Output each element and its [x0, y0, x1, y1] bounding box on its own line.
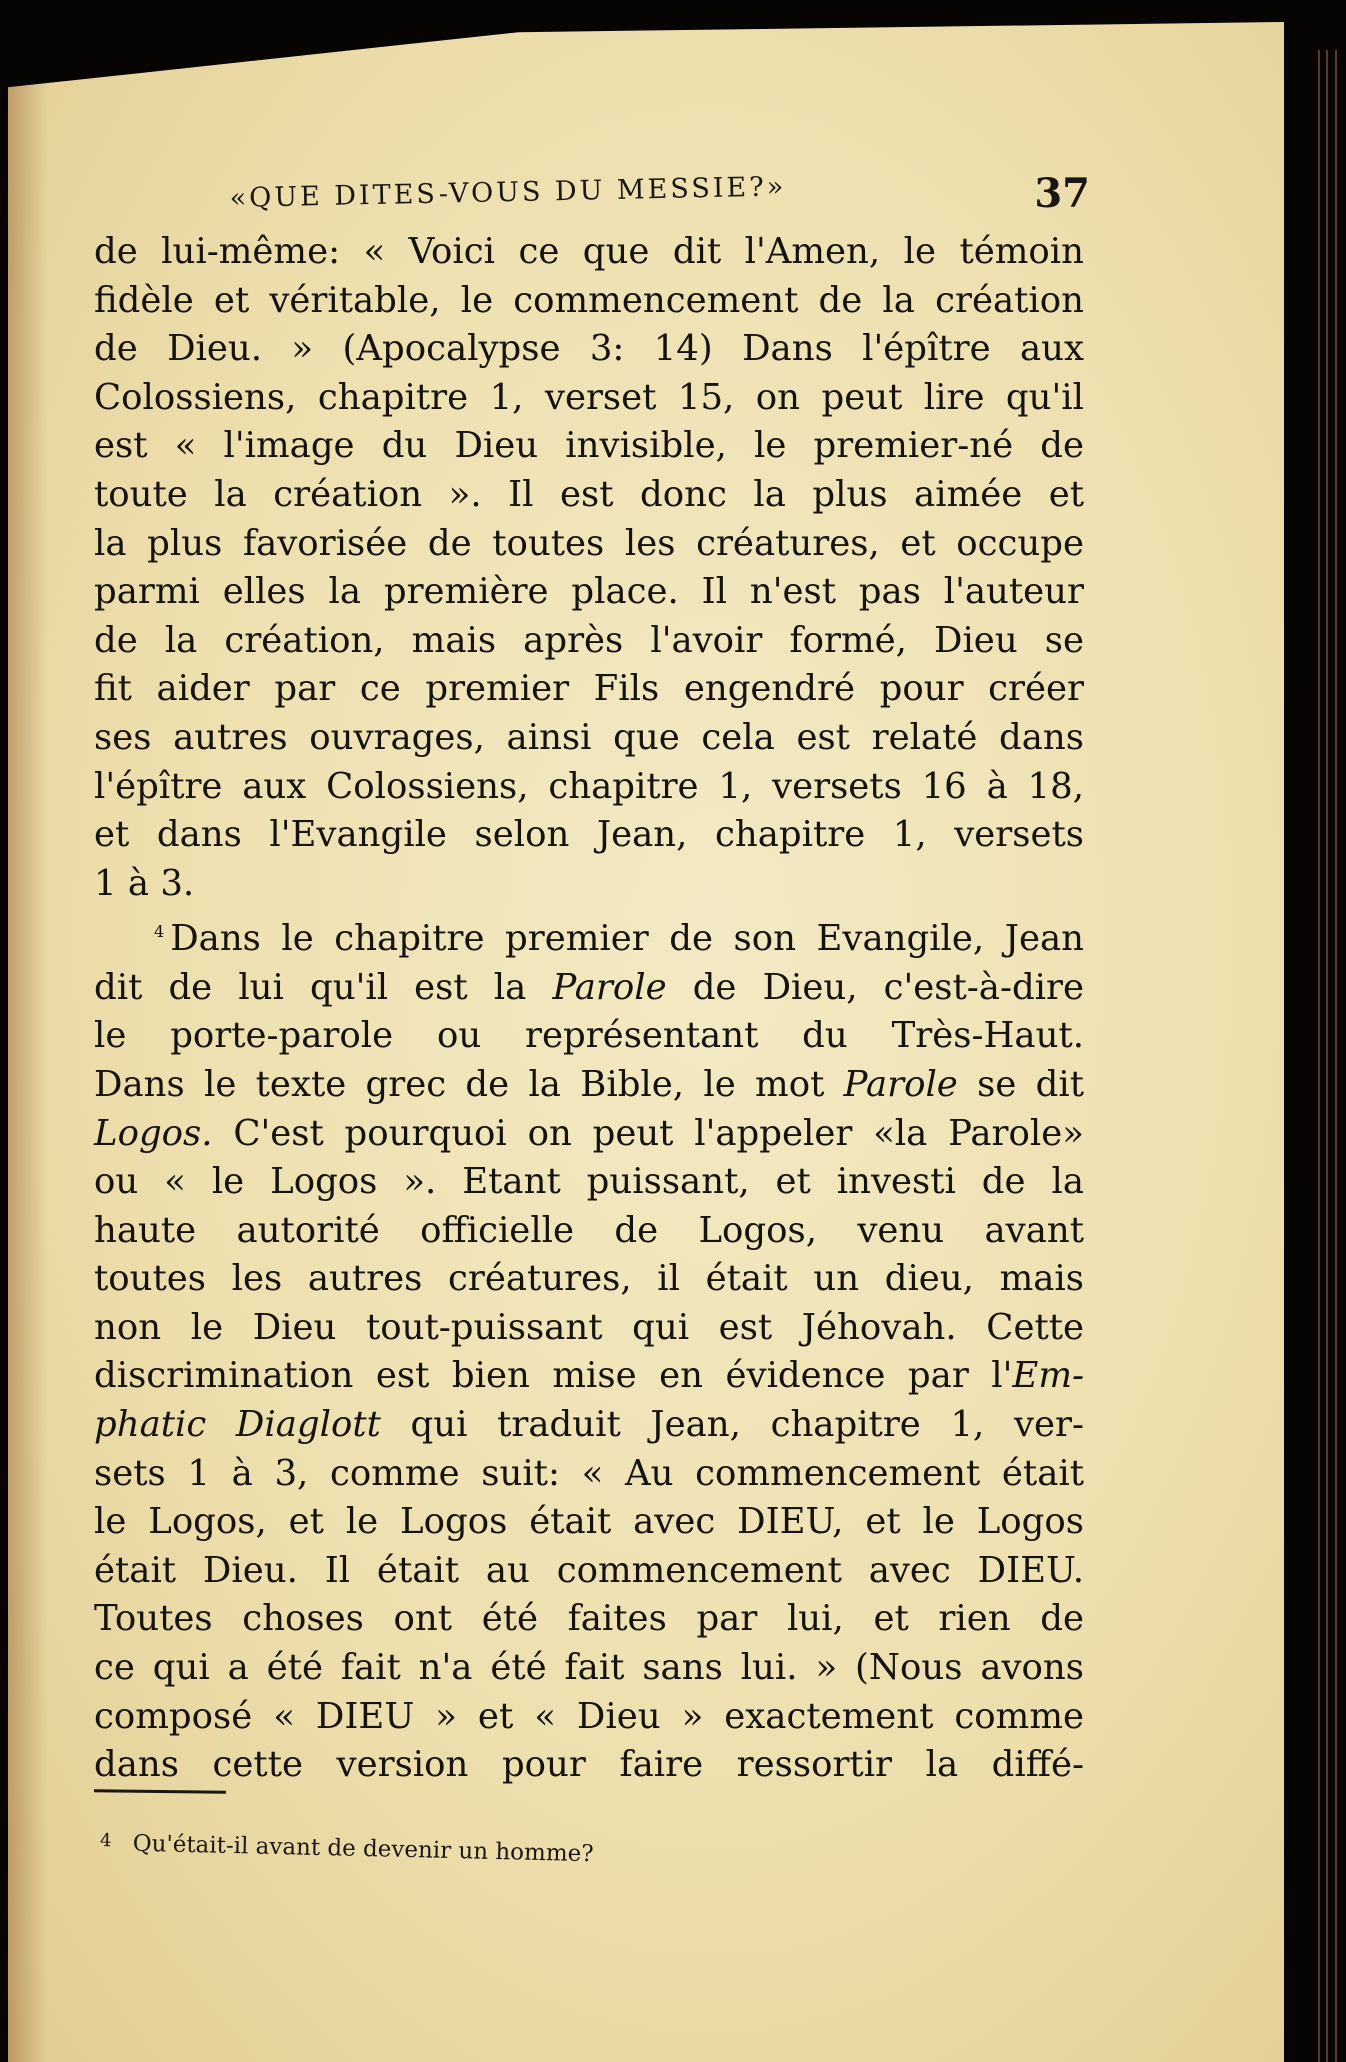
text-line: ce qui a été fait n'a été fait sans lui.… — [94, 1644, 1084, 1693]
text-line: l'épître aux Colossiens, chapitre 1, ver… — [94, 763, 1084, 812]
text-line: de lui-même: « Voici ce que dit l'Amen, … — [94, 228, 1084, 277]
text-line: ses autres ouvrages, ainsi que cela est … — [94, 714, 1084, 763]
text-line: la plus favorisée de toutes les créature… — [94, 520, 1084, 569]
text-line: est « l'image du Dieu invisible, le prem… — [94, 422, 1084, 471]
text-line: Toutes choses ont été faites par lui, et… — [94, 1595, 1084, 1644]
paragraph-start: 4Dans le chapitre premier de son Evangil… — [94, 908, 1084, 963]
text-line: dit de lui qu'il est la Parole de Dieu, … — [94, 964, 1084, 1013]
text-line: 1 à 3. — [94, 860, 1084, 909]
text-line: dans cette version pour faire ressortir … — [94, 1741, 1084, 1790]
text-line: le porte-parole ou représentant du Très-… — [94, 1012, 1084, 1061]
text-line: fit aider par ce premier Fils engendré p… — [94, 665, 1084, 714]
text-line: Colossiens, chapitre 1, verset 15, on pe… — [94, 374, 1084, 423]
page-number: 37 — [1034, 170, 1090, 217]
text-line: était Dieu. Il était au commencement ave… — [94, 1547, 1084, 1596]
text-line: ou « le Logos ». Etant puissant, et inve… — [94, 1158, 1084, 1207]
text-line: Logos. C'est pourquoi on peut l'appeler … — [94, 1110, 1084, 1159]
text-line: phatic Diaglott qui traduit Jean, chapit… — [94, 1401, 1084, 1450]
text-line: et dans l'Evangile selon Jean, chapitre … — [94, 811, 1084, 860]
running-header: «QUE DITES-VOUS DU MESSIE?» 37 — [230, 170, 1090, 217]
text-line: de Dieu. » (Apocalypse 3: 14) Dans l'épî… — [94, 325, 1084, 374]
body-text: de lui-même: « Voici ce que dit l'Amen, … — [94, 228, 1084, 1790]
text-line: parmi elles la première place. Il n'est … — [94, 568, 1084, 617]
text-line: discrimination est bien mise en évidence… — [94, 1352, 1084, 1401]
text-line: non le Dieu tout-puissant qui est Jéhova… — [94, 1304, 1084, 1353]
footnote-number: 4 — [100, 1830, 112, 1851]
book-spine — [1284, 0, 1346, 2062]
footnote-marker[interactable]: 4 — [154, 922, 164, 941]
text-line: toutes les autres créatures, il était un… — [94, 1255, 1084, 1304]
text-line: haute autorité officielle de Logos, venu… — [94, 1207, 1084, 1256]
text-line: fidèle et véritable, le commencement de … — [94, 277, 1084, 326]
text-line: sets 1 à 3, comme suit: « Au commencemen… — [94, 1450, 1084, 1499]
text-line: Dans le texte grec de la Bible, le mot P… — [94, 1061, 1084, 1110]
running-title: «QUE DITES-VOUS DU MESSIE?» — [229, 171, 786, 214]
text-line: composé « DIEU » et « Dieu » exactement … — [94, 1693, 1084, 1742]
text-line: de la création, mais après l'avoir formé… — [94, 617, 1084, 666]
text-line: toute la création ». Il est donc la plus… — [94, 471, 1084, 520]
text-line: le Logos, et le Logos était avec DIEU, e… — [94, 1498, 1084, 1547]
